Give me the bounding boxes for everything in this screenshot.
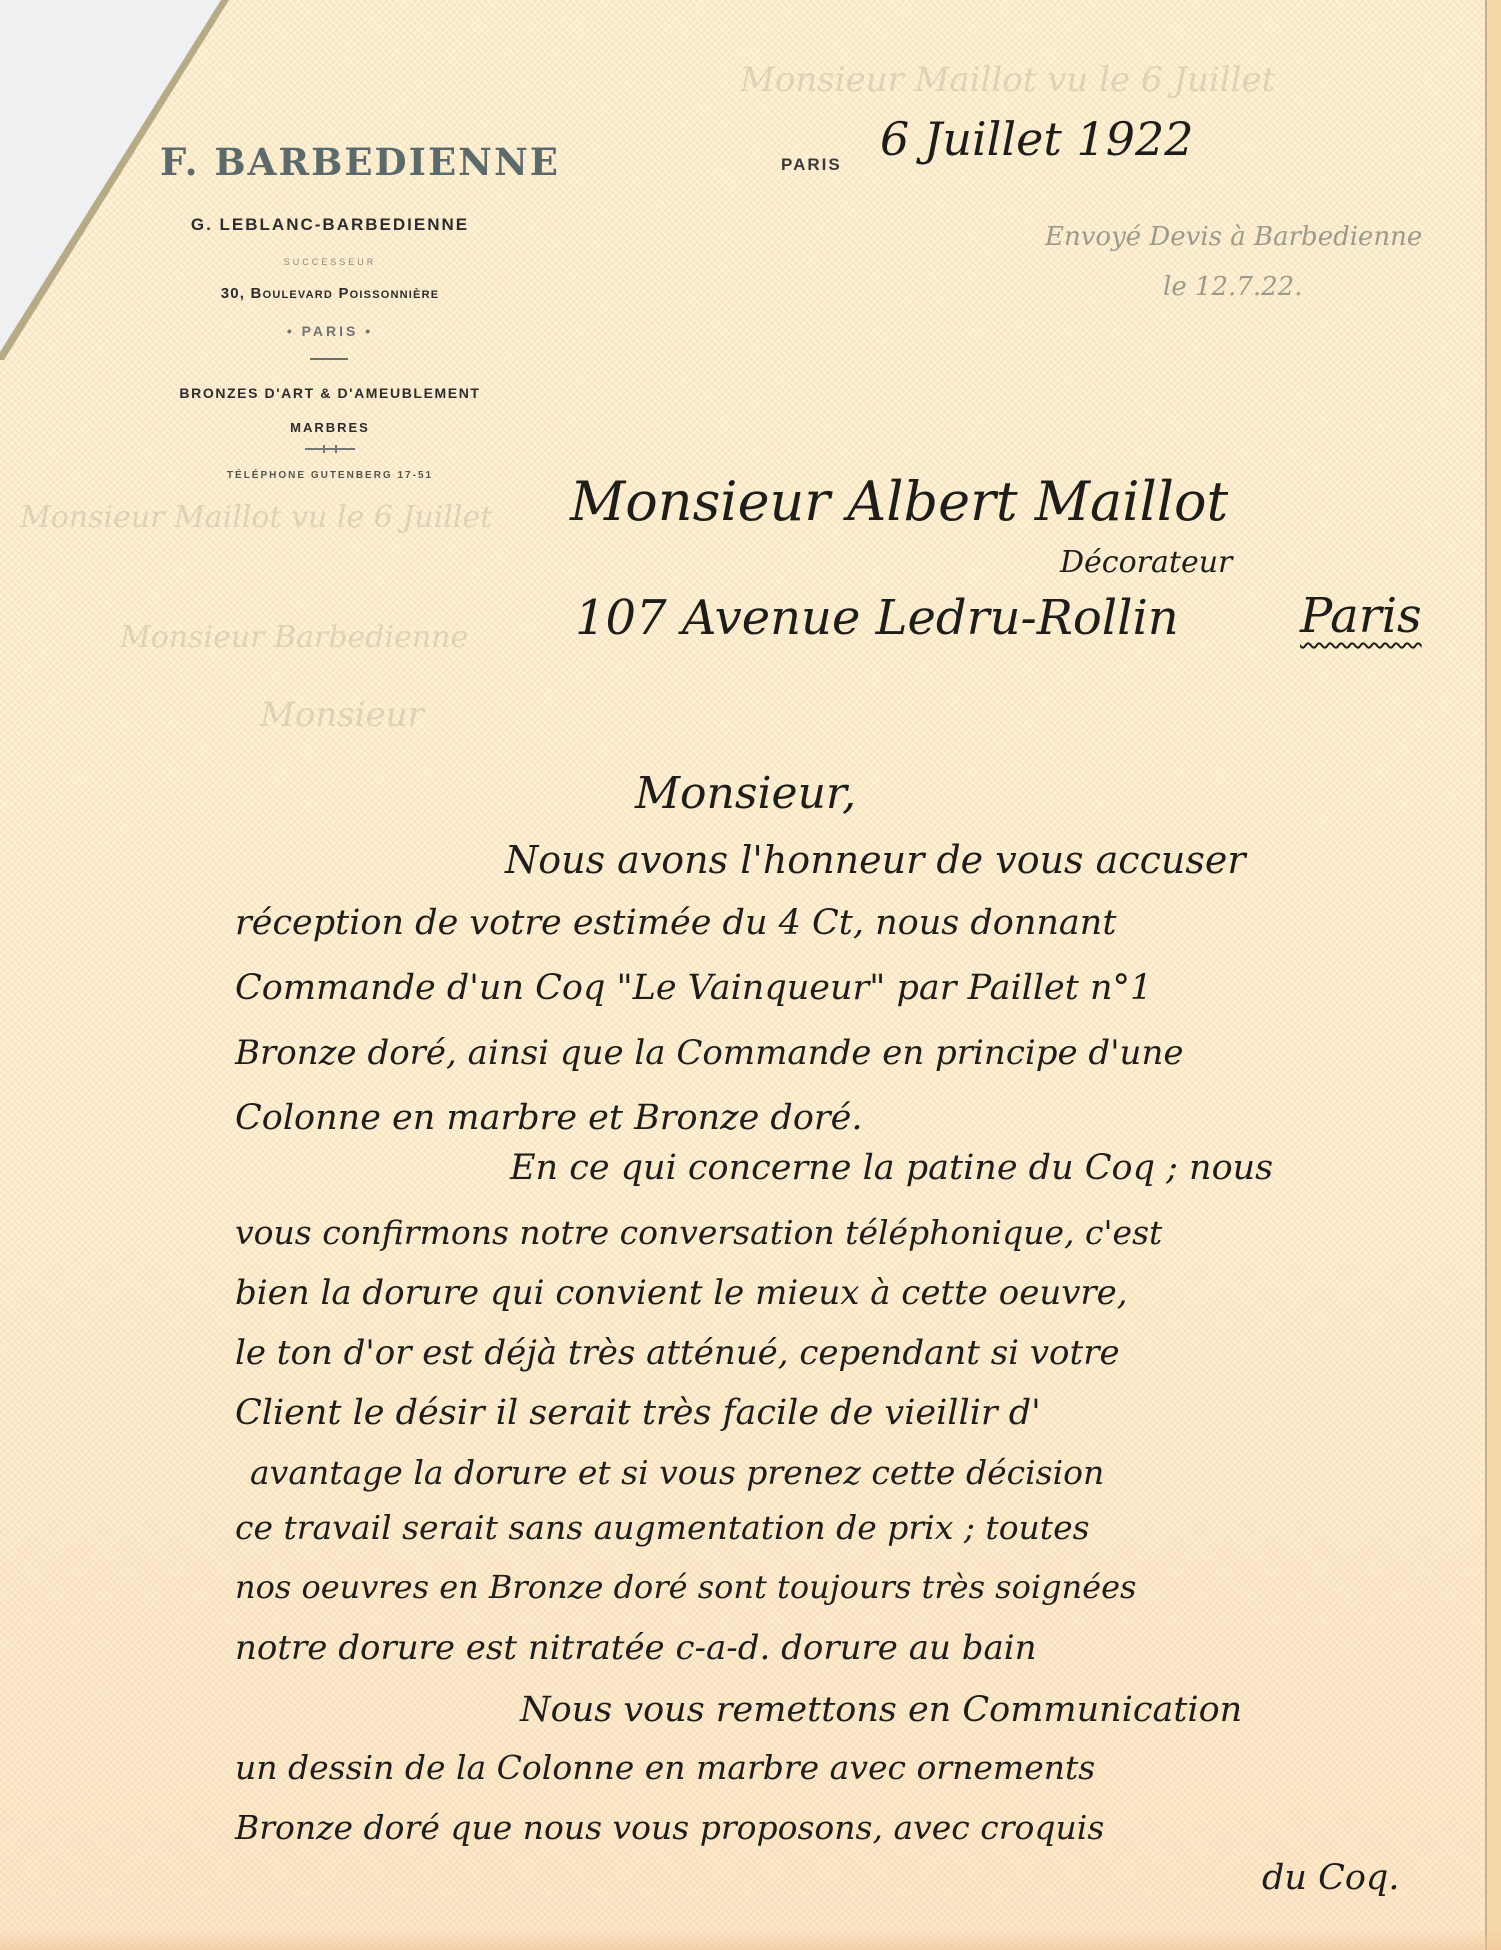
handwritten-date: 6 Juillet 1922: [880, 112, 1194, 166]
body-line: le ton d'or est déjà très atténué, cepen…: [235, 1333, 1120, 1373]
dateline-city-label: PARIS: [781, 155, 842, 175]
body-line: avantage la dorure et si vous prenez cet…: [250, 1453, 1104, 1492]
letterhead-marbles: MARBRES: [100, 420, 560, 435]
body-line: Nous avons l'honneur de vous accuser: [505, 838, 1245, 882]
recipient-name: Monsieur Albert Maillot: [570, 470, 1228, 533]
pencil-annotation-line-1: Envoyé Devis à Barbedienne: [1045, 222, 1422, 252]
letterhead-telephone: TÉLÉPHONE GUTENBERG 17-51: [100, 470, 560, 481]
letterhead-address: 30, Boulevard Poissonnière: [100, 285, 560, 302]
recipient-street: 107 Avenue Ledru-Rollin: [575, 590, 1179, 646]
body-line: Bronze doré que nous vous proposons, ave…: [235, 1808, 1104, 1847]
letterhead-successor-label: SUCCESSEUR: [100, 257, 560, 267]
body-line: En ce qui concerne la patine du Coq ; no…: [510, 1148, 1273, 1188]
letterhead-successor-name: G. LEBLANC-BARBEDIENNE: [100, 215, 560, 235]
body-line: Nous vous remettons en Communication: [520, 1690, 1242, 1730]
bleed-through-line: Monsieur: [260, 695, 424, 735]
bleed-through-line: Monsieur Barbedienne: [120, 620, 468, 655]
body-line: Colonne en marbre et Bronze doré.: [235, 1098, 862, 1138]
letterhead-ornament-icon: [305, 448, 355, 450]
body-line: bien la dorure qui convient le mieux à c…: [235, 1273, 1128, 1313]
letterhead-trade: BRONZES D'ART & D'AMEUBLEMENT: [100, 385, 560, 401]
letterhead-divider: [310, 358, 348, 360]
body-line: notre dorure est nitratée c-a-d. dorure …: [235, 1628, 1037, 1668]
body-line: Client le désir il serait très facile de…: [235, 1393, 1041, 1433]
bleed-through-line: Monsieur Maillot vu le 6 Juillet: [740, 60, 1275, 100]
paper-bottom-edge: [0, 1928, 1501, 1950]
letterhead-city: • PARIS •: [100, 323, 560, 339]
body-line: réception de votre estimée du 4 Ct, nous…: [235, 903, 1116, 943]
salutation: Monsieur,: [635, 768, 856, 819]
paper-right-edge: [1485, 0, 1501, 1950]
body-line: vous confirmons notre conversation télép…: [235, 1213, 1162, 1252]
recipient-title: Décorateur: [1060, 545, 1232, 580]
body-line: ce travail serait sans augmentation de p…: [235, 1508, 1090, 1547]
body-line: du Coq.: [1262, 1858, 1399, 1898]
letterhead-firm-name: F. BARBEDIENNE: [100, 140, 560, 184]
pencil-annotation-line-2: le 12.7.22.: [1163, 272, 1302, 302]
body-line: nos oeuvres en Bronze doré sont toujours…: [235, 1568, 1136, 1606]
body-line: Bronze doré, ainsi que la Commande en pr…: [235, 1033, 1183, 1073]
body-line: Commande d'un Coq "Le Vainqueur" par Pai…: [235, 968, 1152, 1008]
body-line: un dessin de la Colonne en marbre avec o…: [235, 1748, 1095, 1787]
bleed-through-line: Monsieur Maillot vu le 6 Juillet: [20, 500, 492, 535]
recipient-city: Paris: [1300, 588, 1422, 644]
